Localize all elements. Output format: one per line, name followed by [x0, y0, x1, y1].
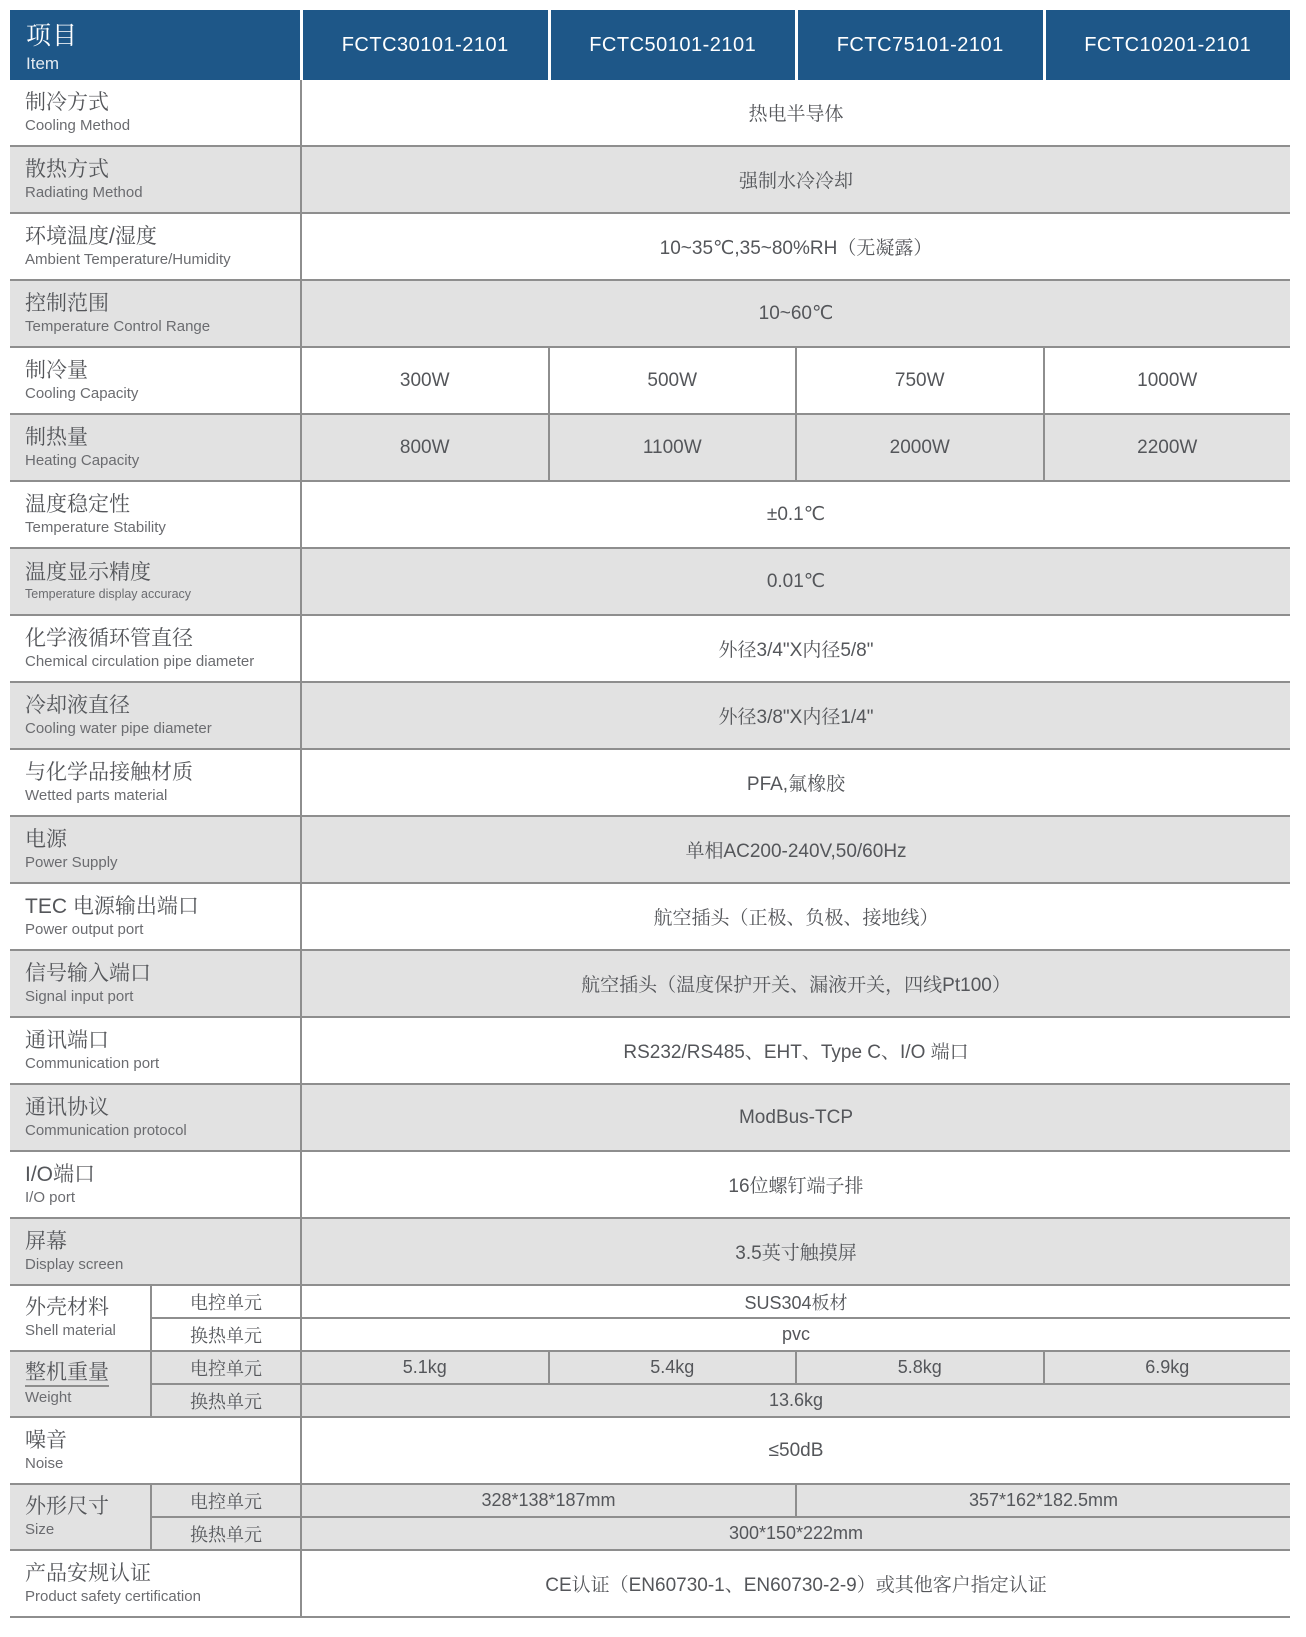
- table-row: 噪音Noise≤50dB: [10, 1418, 1290, 1485]
- sub-unit-label: 电控单元: [150, 1352, 300, 1383]
- sub-row: 换热单元300*150*222mm: [150, 1518, 1290, 1549]
- item-cell: 冷却液直径Cooling water pipe diameter: [10, 683, 300, 748]
- item-label-en: I/O port: [25, 1189, 294, 1208]
- item-label-zh: 与化学品接触材质: [25, 760, 294, 785]
- item-label-en: Communication protocol: [25, 1122, 294, 1141]
- item-cell: 信号输入端口Signal input port: [10, 951, 300, 1016]
- spec-value-col: 328*138*187mm: [300, 1485, 795, 1516]
- item-cell: 外形尺寸Size: [10, 1485, 150, 1549]
- item-label-en: Cooling Capacity: [25, 385, 294, 404]
- sub-unit-label: 换热单元: [150, 1319, 300, 1350]
- item-cell: 产品安规认证Product safety certification: [10, 1551, 300, 1616]
- sub-rows-container: 电控单元SUS304板材换热单元pvc: [150, 1286, 1290, 1350]
- item-label-zh: 信号输入端口: [25, 961, 294, 986]
- table-row: 温度显示精度Temperature display accuracy0.01℃: [10, 549, 1290, 616]
- item-label-zh: I/O端口: [25, 1162, 294, 1187]
- item-label-en: Product safety certification: [25, 1588, 294, 1607]
- spec-value-col: 5.4kg: [548, 1352, 796, 1383]
- spec-value-col: 6.9kg: [1043, 1352, 1291, 1383]
- table-row: 温度稳定性Temperature Stability±0.1℃: [10, 482, 1290, 549]
- table-header-row: 项目 Item FCTC30101-2101 FCTC50101-2101 FC…: [10, 10, 1290, 80]
- sub-row: 电控单元SUS304板材: [150, 1286, 1290, 1319]
- spec-value: ±0.1℃: [300, 482, 1290, 547]
- item-label-en: Temperature display accuracy: [25, 587, 294, 603]
- item-cell: 散热方式Radiating Method: [10, 147, 300, 212]
- table-row: 散热方式Radiating Method强制水冷冷却: [10, 147, 1290, 214]
- spec-table: 项目 Item FCTC30101-2101 FCTC50101-2101 FC…: [10, 10, 1290, 1618]
- item-cell: 温度稳定性Temperature Stability: [10, 482, 300, 547]
- spec-value-col: 2200W: [1043, 415, 1291, 480]
- item-label-en: Noise: [25, 1455, 294, 1474]
- table-row: 屏幕Display screen3.5英寸触摸屏: [10, 1219, 1290, 1286]
- spec-value: RS232/RS485、EHT、Type C、I/O 端口: [300, 1018, 1290, 1083]
- item-cell: I/O端口I/O port: [10, 1152, 300, 1217]
- item-cell: 屏幕Display screen: [10, 1219, 300, 1284]
- item-label-zh: 通讯端口: [25, 1028, 294, 1053]
- spec-table-body: 制冷方式Cooling Method热电半导体散热方式Radiating Met…: [10, 80, 1290, 1618]
- item-cell: 制热量Heating Capacity: [10, 415, 300, 480]
- spec-value-col: 1000W: [1043, 348, 1291, 413]
- item-cell: 温度显示精度Temperature display accuracy: [10, 549, 300, 614]
- item-cell: 通讯端口Communication port: [10, 1018, 300, 1083]
- item-label-zh: 噪音: [25, 1428, 294, 1453]
- sub-rows-container: 电控单元5.1kg5.4kg5.8kg6.9kg换热单元13.6kg: [150, 1352, 1290, 1416]
- sub-row: 电控单元328*138*187mm357*162*182.5mm: [150, 1485, 1290, 1518]
- spec-value: 外径3/8"X内径1/4": [300, 683, 1290, 748]
- item-label-zh: TEC 电源输出端口: [25, 894, 294, 919]
- table-row: 制冷方式Cooling Method热电半导体: [10, 80, 1290, 147]
- item-label-zh: 环境温度/湿度: [25, 224, 294, 249]
- spec-value-col: 2000W: [795, 415, 1043, 480]
- model-header-1: FCTC30101-2101: [300, 10, 548, 80]
- item-label-zh: 通讯协议: [25, 1095, 294, 1120]
- sub-row: 换热单元pvc: [150, 1319, 1290, 1350]
- sub-unit-label: 电控单元: [150, 1286, 300, 1317]
- item-label-zh: 电源: [25, 827, 294, 852]
- item-label-zh: 冷却液直径: [25, 693, 294, 718]
- item-cell: 制冷量Cooling Capacity: [10, 348, 300, 413]
- table-row: 制热量Heating Capacity800W1100W2000W2200W: [10, 415, 1290, 482]
- table-row: 环境温度/湿度Ambient Temperature/Humidity10~35…: [10, 214, 1290, 281]
- item-cell: 噪音Noise: [10, 1418, 300, 1483]
- spec-value: 航空插头（正极、负极、接地线）: [300, 884, 1290, 949]
- table-row: 冷却液直径Cooling water pipe diameter外径3/8"X内…: [10, 683, 1290, 750]
- header-item-label-zh: 项目: [26, 16, 300, 52]
- table-row: 通讯协议Communication protocolModBus-TCP: [10, 1085, 1290, 1152]
- item-label-en: Communication port: [25, 1055, 294, 1074]
- item-label-en: Cooling water pipe diameter: [25, 720, 294, 739]
- model-header-2: FCTC50101-2101: [548, 10, 796, 80]
- item-cell: 制冷方式Cooling Method: [10, 80, 300, 145]
- item-cell: 化学液循环管直径Chemical circulation pipe diamet…: [10, 616, 300, 681]
- spec-value: ModBus-TCP: [300, 1085, 1290, 1150]
- spec-value: 16位螺钉端子排: [300, 1152, 1290, 1217]
- spec-value: 3.5英寸触摸屏: [300, 1219, 1290, 1284]
- item-label-zh: 整机重量: [25, 1360, 109, 1387]
- item-label-en: Signal input port: [25, 988, 294, 1007]
- table-row: 电源Power Supply单相AC200-240V,50/60Hz: [10, 817, 1290, 884]
- table-row: 化学液循环管直径Chemical circulation pipe diamet…: [10, 616, 1290, 683]
- spec-value: PFA,氟橡胶: [300, 750, 1290, 815]
- item-label-en: Wetted parts material: [25, 787, 294, 806]
- item-cell: 通讯协议Communication protocol: [10, 1085, 300, 1150]
- table-row: 外形尺寸Size电控单元328*138*187mm357*162*182.5mm…: [10, 1485, 1290, 1551]
- model-header-4: FCTC10201-2101: [1043, 10, 1291, 80]
- item-cell: TEC 电源输出端口Power output port: [10, 884, 300, 949]
- spec-value-col: 5.8kg: [795, 1352, 1043, 1383]
- header-item-cell: 项目 Item: [10, 10, 300, 80]
- spec-value-col: 357*162*182.5mm: [795, 1485, 1290, 1516]
- spec-value: 强制水冷冷却: [300, 147, 1290, 212]
- spec-value-col: 500W: [548, 348, 796, 413]
- spec-value-col: 1100W: [548, 415, 796, 480]
- table-row: 与化学品接触材质Wetted parts materialPFA,氟橡胶: [10, 750, 1290, 817]
- spec-value: 13.6kg: [300, 1385, 1290, 1416]
- item-label-en: Temperature Control Range: [25, 318, 294, 337]
- spec-value: 10~60℃: [300, 281, 1290, 346]
- sub-row: 电控单元5.1kg5.4kg5.8kg6.9kg: [150, 1352, 1290, 1385]
- item-label-en: Size: [25, 1521, 144, 1540]
- sub-unit-label: 换热单元: [150, 1518, 300, 1549]
- item-label-en: Power Supply: [25, 854, 294, 873]
- spec-value: 300*150*222mm: [300, 1518, 1290, 1549]
- sub-unit-label: 换热单元: [150, 1385, 300, 1416]
- item-label-en: Radiating Method: [25, 184, 294, 203]
- item-label-zh: 控制范围: [25, 291, 294, 316]
- table-row: 信号输入端口Signal input port航空插头（温度保护开关、漏液开关，…: [10, 951, 1290, 1018]
- item-label-en: Cooling Method: [25, 117, 294, 136]
- spec-value: pvc: [300, 1319, 1290, 1350]
- spec-value: 0.01℃: [300, 549, 1290, 614]
- item-label-en: Chemical circulation pipe diameter: [25, 653, 294, 672]
- item-label-zh: 外形尺寸: [25, 1494, 144, 1519]
- item-label-zh: 屏幕: [25, 1229, 294, 1254]
- spec-value: 热电半导体: [300, 80, 1290, 145]
- spec-value-col: 750W: [795, 348, 1043, 413]
- item-label-zh: 温度稳定性: [25, 492, 294, 517]
- table-row: 通讯端口Communication portRS232/RS485、EHT、Ty…: [10, 1018, 1290, 1085]
- sub-row: 换热单元13.6kg: [150, 1385, 1290, 1416]
- item-label-zh: 温度显示精度: [25, 560, 294, 585]
- spec-value: 航空插头（温度保护开关、漏液开关，四线Pt100）: [300, 951, 1290, 1016]
- table-row: 整机重量Weight电控单元5.1kg5.4kg5.8kg6.9kg换热单元13…: [10, 1352, 1290, 1418]
- item-label-en: Display screen: [25, 1256, 294, 1275]
- item-cell: 控制范围Temperature Control Range: [10, 281, 300, 346]
- item-cell: 整机重量Weight: [10, 1352, 150, 1416]
- spec-value-col: 300W: [300, 348, 548, 413]
- table-row: I/O端口I/O port16位螺钉端子排: [10, 1152, 1290, 1219]
- item-label-en: Heating Capacity: [25, 452, 294, 471]
- spec-value: 10~35℃,35~80%RH（无凝露）: [300, 214, 1290, 279]
- spec-value-col: 5.1kg: [300, 1352, 548, 1383]
- table-row: 制冷量Cooling Capacity300W500W750W1000W: [10, 348, 1290, 415]
- item-cell: 电源Power Supply: [10, 817, 300, 882]
- item-label-en: Weight: [25, 1389, 144, 1408]
- item-label-zh: 制冷量: [25, 358, 294, 383]
- header-item-label-en: Item: [26, 54, 300, 74]
- item-label-en: Ambient Temperature/Humidity: [25, 251, 294, 270]
- item-label-zh: 散热方式: [25, 157, 294, 182]
- item-label-zh: 制冷方式: [25, 90, 294, 115]
- spec-value: 外径3/4"X内径5/8": [300, 616, 1290, 681]
- spec-value: ≤50dB: [300, 1418, 1290, 1483]
- item-label-zh: 产品安规认证: [25, 1561, 294, 1586]
- item-label-zh: 制热量: [25, 425, 294, 450]
- model-header-3: FCTC75101-2101: [795, 10, 1043, 80]
- item-label-en: Power output port: [25, 921, 294, 940]
- sub-rows-container: 电控单元328*138*187mm357*162*182.5mm换热单元300*…: [150, 1485, 1290, 1549]
- table-row: 产品安规认证Product safety certificationCE认证（E…: [10, 1551, 1290, 1618]
- sub-unit-label: 电控单元: [150, 1485, 300, 1516]
- table-row: TEC 电源输出端口Power output port航空插头（正极、负极、接地…: [10, 884, 1290, 951]
- item-label-zh: 外壳材料: [25, 1295, 144, 1320]
- spec-value: 单相AC200-240V,50/60Hz: [300, 817, 1290, 882]
- spec-value: SUS304板材: [300, 1286, 1290, 1317]
- table-row: 控制范围Temperature Control Range10~60℃: [10, 281, 1290, 348]
- item-label-en: Shell material: [25, 1322, 144, 1341]
- item-label-zh: 化学液循环管直径: [25, 626, 294, 651]
- table-row: 外壳材料Shell material电控单元SUS304板材换热单元pvc: [10, 1286, 1290, 1352]
- item-cell: 环境温度/湿度Ambient Temperature/Humidity: [10, 214, 300, 279]
- item-label-en: Temperature Stability: [25, 519, 294, 538]
- spec-value-col: 800W: [300, 415, 548, 480]
- item-cell: 外壳材料Shell material: [10, 1286, 150, 1350]
- item-cell: 与化学品接触材质Wetted parts material: [10, 750, 300, 815]
- spec-value: CE认证（EN60730-1、EN60730-2-9）或其他客户指定认证: [300, 1551, 1290, 1616]
